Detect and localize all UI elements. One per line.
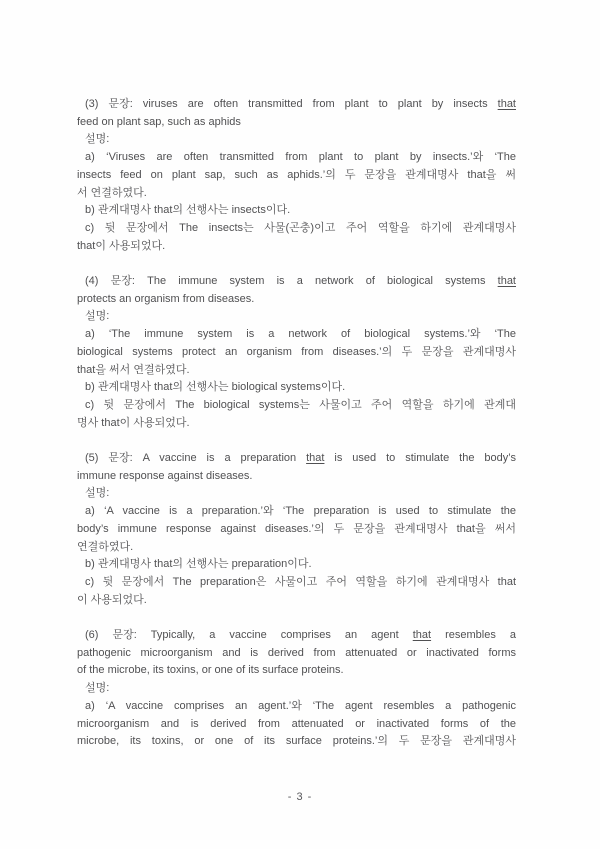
text-line: c) 뒷 문장에서 The insects는 사물(곤충)이고 주어 역할을 하…	[77, 220, 516, 238]
text-line: a) ‘Viruses are often transmitted from p…	[77, 149, 516, 167]
text-line: a) ‘A vaccine comprises an agent.’와 ‘The…	[77, 698, 516, 716]
text-line: (4) 문장: The immune system is a network o…	[77, 273, 516, 291]
page-number: - 3 -	[0, 791, 600, 803]
text-segment: protects an organism from diseases.	[77, 293, 254, 305]
text-line: 설명:	[77, 680, 516, 698]
text-line: 설명:	[77, 131, 516, 149]
text-segment: 서 연결하였다.	[77, 187, 147, 199]
text-line: b) 관계대명사 that의 선행사는 preparation이다.	[77, 556, 516, 574]
text-line: 연결하였다.	[77, 539, 516, 557]
text-segment: feed on plant sap, such as aphids	[77, 116, 241, 128]
document-text: (3) 문장: viruses are often transmitted fr…	[77, 96, 516, 751]
text-line: 명사 that이 사용되었다.	[77, 415, 516, 433]
text-line: that을 써서 연결하였다.	[77, 362, 516, 380]
text-segment: insects feed on plant sap, such as aphid…	[77, 169, 516, 181]
text-segment: of the microbe, its toxins, or one of it…	[77, 664, 344, 676]
text-line: microbe, its toxins, or one of its surfa…	[77, 733, 516, 751]
text-segment: a) ‘Viruses are often transmitted from p…	[85, 151, 516, 163]
text-line: c) 뒷 문장에서 The preparation은 사물이고 주어 역할을 하…	[77, 574, 516, 592]
text-segment: microbe, its toxins, or one of its surfa…	[77, 735, 516, 747]
text-segment: microorganism and is derived from attenu…	[77, 718, 516, 730]
text-line: a) ‘A vaccine is a preparation.’와 ‘The p…	[77, 503, 516, 521]
text-segment: 연결하였다.	[77, 541, 133, 553]
text-line: (5) 문장: A vaccine is a preparation that …	[77, 450, 516, 468]
text-segment: is used to stimulate the body’s	[324, 452, 516, 464]
text-line: protects an organism from diseases.	[77, 291, 516, 309]
text-segment: 설명:	[85, 133, 109, 145]
text-line: b) 관계대명사 that의 선행사는 biological systems이다…	[77, 379, 516, 397]
text-segment: (6) 문장: Typically, a vaccine comprises a…	[85, 629, 413, 641]
text-line: 설명:	[77, 308, 516, 326]
text-line: biological systems protect an organism f…	[77, 344, 516, 362]
underlined-word: that	[498, 275, 516, 287]
text-line: 이 사용되었다.	[77, 592, 516, 610]
text-line: microorganism and is derived from attenu…	[77, 716, 516, 734]
text-segment: a) ‘A vaccine is a preparation.’와 ‘The p…	[85, 505, 516, 517]
text-segment: c) 뒷 문장에서 The preparation은 사물이고 주어 역할을 하…	[85, 576, 516, 588]
text-line: (6) 문장: Typically, a vaccine comprises a…	[77, 627, 516, 645]
underlined-word: that	[498, 98, 516, 110]
text-line: pathogenic microorganism and is derived …	[77, 645, 516, 663]
text-segment: b) 관계대명사 that의 선행사는 biological systems이다…	[85, 381, 345, 393]
document-page: (3) 문장: viruses are often transmitted fr…	[0, 0, 600, 849]
text-segment: 설명:	[85, 682, 109, 694]
text-segment: b) 관계대명사 that의 선행사는 preparation이다.	[85, 558, 312, 570]
text-line: feed on plant sap, such as aphids	[77, 114, 516, 132]
text-segment: 설명:	[85, 310, 109, 322]
text-line: b) 관계대명사 that의 선행사는 insects이다.	[77, 202, 516, 220]
text-line: that이 사용되었다.	[77, 238, 516, 256]
text-segment: resembles a	[431, 629, 516, 641]
text-line: immune response against diseases.	[77, 468, 516, 486]
text-line: insects feed on plant sap, such as aphid…	[77, 167, 516, 185]
text-segment: immune response against diseases.	[77, 470, 252, 482]
text-segment: biological systems protect an organism f…	[77, 346, 516, 358]
text-segment: that을 써서 연결하였다.	[77, 364, 190, 376]
text-segment: a) ‘The immune system is a network of bi…	[85, 328, 516, 340]
text-segment: a) ‘A vaccine comprises an agent.’와 ‘The…	[85, 700, 516, 712]
text-segment: that이 사용되었다.	[77, 240, 165, 252]
text-segment: (3) 문장: viruses are often transmitted fr…	[85, 98, 498, 110]
text-segment: pathogenic microorganism and is derived …	[77, 647, 516, 659]
text-line: 설명:	[77, 485, 516, 503]
text-line: of the microbe, its toxins, or one of it…	[77, 662, 516, 680]
underlined-word: that	[413, 629, 431, 641]
text-segment: (5) 문장: A vaccine is a preparation	[85, 452, 306, 464]
text-segment: body’s immune response against diseases.…	[77, 523, 516, 535]
text-line: c) 뒷 문장에서 The biological systems는 사물이고 주…	[77, 397, 516, 415]
text-line: body’s immune response against diseases.…	[77, 521, 516, 539]
text-segment: b) 관계대명사 that의 선행사는 insects이다.	[85, 204, 290, 216]
underlined-word: that	[306, 452, 324, 464]
text-segment: c) 뒷 문장에서 The insects는 사물(곤충)이고 주어 역할을 하…	[85, 222, 516, 234]
text-line: (3) 문장: viruses are often transmitted fr…	[77, 96, 516, 114]
text-line: a) ‘The immune system is a network of bi…	[77, 326, 516, 344]
text-segment: 설명:	[85, 487, 109, 499]
text-segment: (4) 문장: The immune system is a network o…	[85, 275, 498, 287]
text-line: 서 연결하였다.	[77, 185, 516, 203]
text-segment: c) 뒷 문장에서 The biological systems는 사물이고 주…	[85, 399, 516, 411]
text-segment: 명사 that이 사용되었다.	[77, 417, 190, 429]
text-segment: 이 사용되었다.	[77, 594, 147, 606]
